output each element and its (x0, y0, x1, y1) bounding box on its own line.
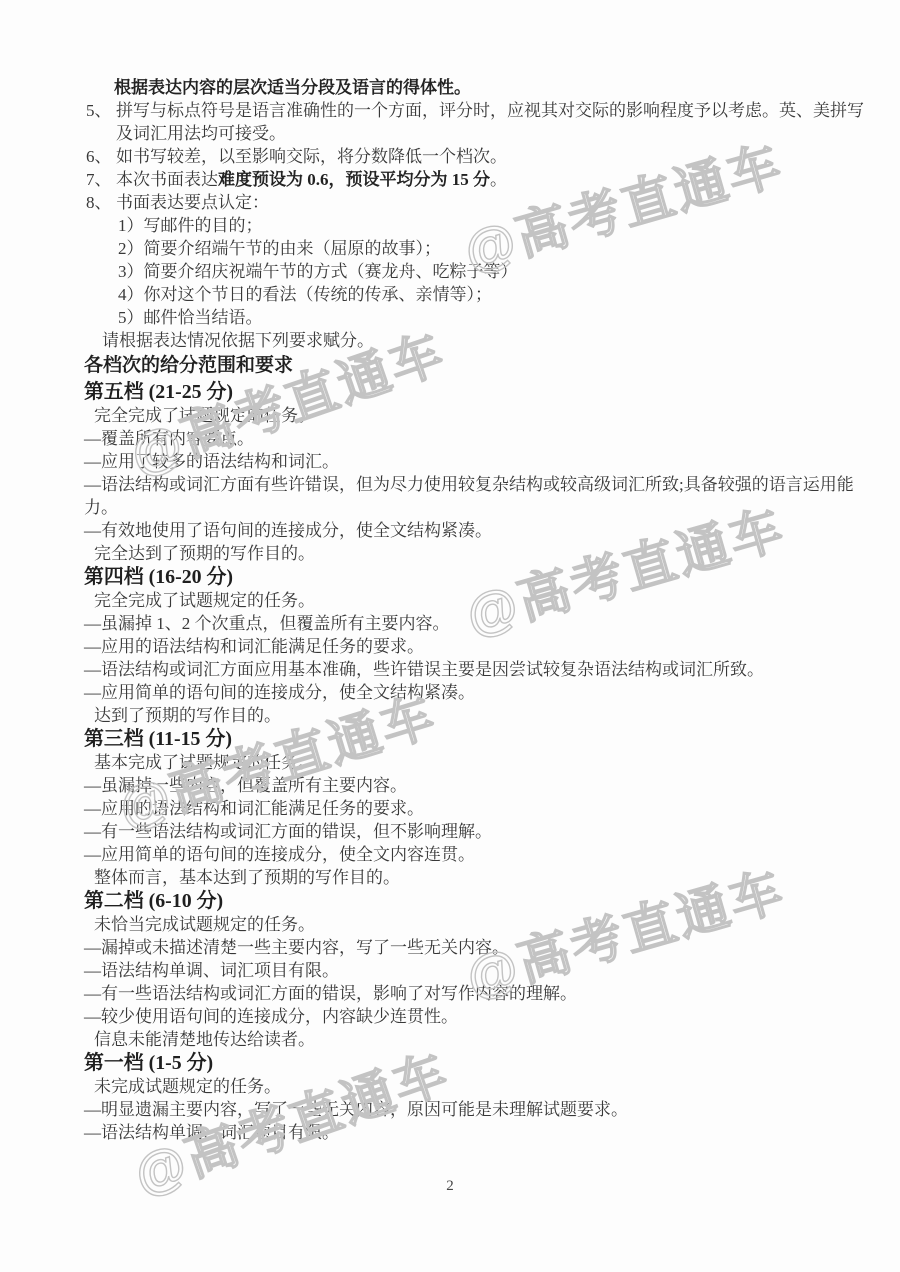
carryover-line: 根据表达内容的层次适当分段及语言的得体性。 (114, 76, 876, 99)
page-number: 2 (0, 1178, 900, 1195)
list-text-plain: 本次书面表达 (116, 170, 218, 189)
list-text: 本次书面表达难度预设为 0.6，预设平均分为 15 分。 (116, 168, 876, 191)
document-body: 根据表达内容的层次适当分段及语言的得体性。 5、 拼写与标点符号是语言准确性的一… (84, 76, 876, 1144)
band-summary: 完全完成了试题规定的任务。 (94, 404, 876, 427)
band-point: —覆盖所有内容要点。 (84, 427, 876, 450)
band-summary: 未完成试题规定的任务。 (94, 1075, 876, 1098)
band-point: —应用简单的语句间的连接成分，使全文结构紧凑。 (84, 681, 876, 704)
band-label: 第四档 (16-20 分) (84, 566, 876, 589)
band-conclusion: 整体而言，基本达到了预期的写作目的。 (94, 866, 876, 889)
sub-item-4: 4）你对这个节日的看法（传统的传承、亲情等）； (118, 283, 876, 306)
band-label: 第一档 (1-5 分) (84, 1052, 876, 1075)
band-summary: 基本完成了试题规定的任务。 (94, 751, 876, 774)
band-point: —明显遗漏主要内容，写了一些无关内容，原因可能是未理解试题要求。 (84, 1098, 876, 1121)
band-2-section: 第二档 (6-10 分) 未恰当完成试题规定的任务。 —漏掉或未描述清楚一些主要… (84, 890, 876, 1051)
band-label: 第三档 (11-15 分) (84, 728, 876, 751)
band-point: —有一些语法结构或词汇方面的错误，影响了对写作内容的理解。 (84, 982, 876, 1005)
band-point: —语法结构单调、词汇项目有限。 (84, 959, 876, 982)
sub-item-5: 5）邮件恰当结语。 (118, 306, 876, 329)
sub-item-2: 2）简要介绍端午节的由来（屈原的故事）； (118, 237, 876, 260)
band-label: 第二档 (6-10 分) (84, 890, 876, 913)
document-page: @高考直通车 @高考直通车 @高考直通车 @高考直通车 @高考直通车 @高考直通… (0, 0, 900, 1272)
list-text: 拼写与标点符号是语言准确性的一个方面，评分时，应视其对交际的影响程度予以考虑。英… (116, 99, 876, 145)
rubric-title: 各档次的给分范围和要求 (84, 354, 876, 378)
band-summary: 未恰当完成试题规定的任务。 (94, 913, 876, 936)
list-text: 如书写较差，以至影响交际，将分数降低一个档次。 (116, 145, 876, 168)
list-number: 7、 (86, 168, 116, 191)
band-point: —应用的语法结构和词汇能满足任务的要求。 (84, 797, 876, 820)
list-item-7: 7、 本次书面表达难度预设为 0.6，预设平均分为 15 分。 (86, 168, 876, 191)
band-3-section: 第三档 (11-15 分) 基本完成了试题规定的任务。 —虽漏掉一些内容，但覆盖… (84, 728, 876, 889)
list-item-6: 6、 如书写较差，以至影响交际，将分数降低一个档次。 (86, 145, 876, 168)
list-text-bold: 难度预设为 0.6，预设平均分为 15 分 (218, 170, 490, 189)
band-conclusion: 信息未能清楚地传达给读者。 (94, 1028, 876, 1051)
sub-item-1: 1）写邮件的目的； (118, 214, 876, 237)
band-5-section: 第五档 (21-25 分) 完全完成了试题规定的任务。 —覆盖所有内容要点。 —… (84, 381, 876, 565)
band-point: —应用了较多的语法结构和词汇。 (84, 450, 876, 473)
band-point: —虽漏掉 1、2 个次重点，但覆盖所有主要内容。 (84, 612, 876, 635)
band-point: —应用简单的语句间的连接成分，使全文内容连贯。 (84, 843, 876, 866)
sub-item-3: 3）简要介绍庆祝端午节的方式（赛龙舟、吃粽子等） (118, 260, 876, 283)
band-point: —语法结构或词汇方面应用基本准确，些许错误主要是因尝试较复杂语法结构或词汇所致。 (84, 658, 876, 681)
band-1-section: 第一档 (1-5 分) 未完成试题规定的任务。 —明显遗漏主要内容，写了一些无关… (84, 1052, 876, 1144)
list-number: 8、 (86, 191, 116, 214)
closing-line: 请根据表达情况依据下列要求赋分。 (102, 329, 876, 352)
band-point: —有效地使用了语句间的连接成分，使全文结构紧凑。 (84, 519, 876, 542)
band-point: —语法结构单调、词汇项目有限。 (84, 1121, 876, 1144)
band-4-section: 第四档 (16-20 分) 完全完成了试题规定的任务。 —虽漏掉 1、2 个次重… (84, 566, 876, 727)
list-text-plain: 。 (490, 170, 507, 189)
band-label: 第五档 (21-25 分) (84, 381, 876, 404)
band-summary: 完全完成了试题规定的任务。 (94, 589, 876, 612)
band-point: —应用的语法结构和词汇能满足任务的要求。 (84, 635, 876, 658)
list-number: 5、 (86, 99, 116, 145)
list-item-8: 8、 书面表达要点认定： (86, 191, 876, 214)
band-point: —虽漏掉一些内容，但覆盖所有主要内容。 (84, 774, 876, 797)
band-point: —较少使用语句间的连接成分，内容缺少连贯性。 (84, 1005, 876, 1028)
band-conclusion: 完全达到了预期的写作目的。 (94, 542, 876, 565)
band-point: —漏掉或未描述清楚一些主要内容，写了一些无关内容。 (84, 936, 876, 959)
list-text: 书面表达要点认定： (116, 191, 876, 214)
band-point: —语法结构或词汇方面有些许错误，但为尽力使用较复杂结构或较高级词汇所致;具备较强… (84, 473, 876, 519)
band-conclusion: 达到了预期的写作目的。 (94, 704, 876, 727)
list-item-5: 5、 拼写与标点符号是语言准确性的一个方面，评分时，应视其对交际的影响程度予以考… (86, 99, 876, 145)
band-point: —有一些语法结构或词汇方面的错误，但不影响理解。 (84, 820, 876, 843)
list-number: 6、 (86, 145, 116, 168)
